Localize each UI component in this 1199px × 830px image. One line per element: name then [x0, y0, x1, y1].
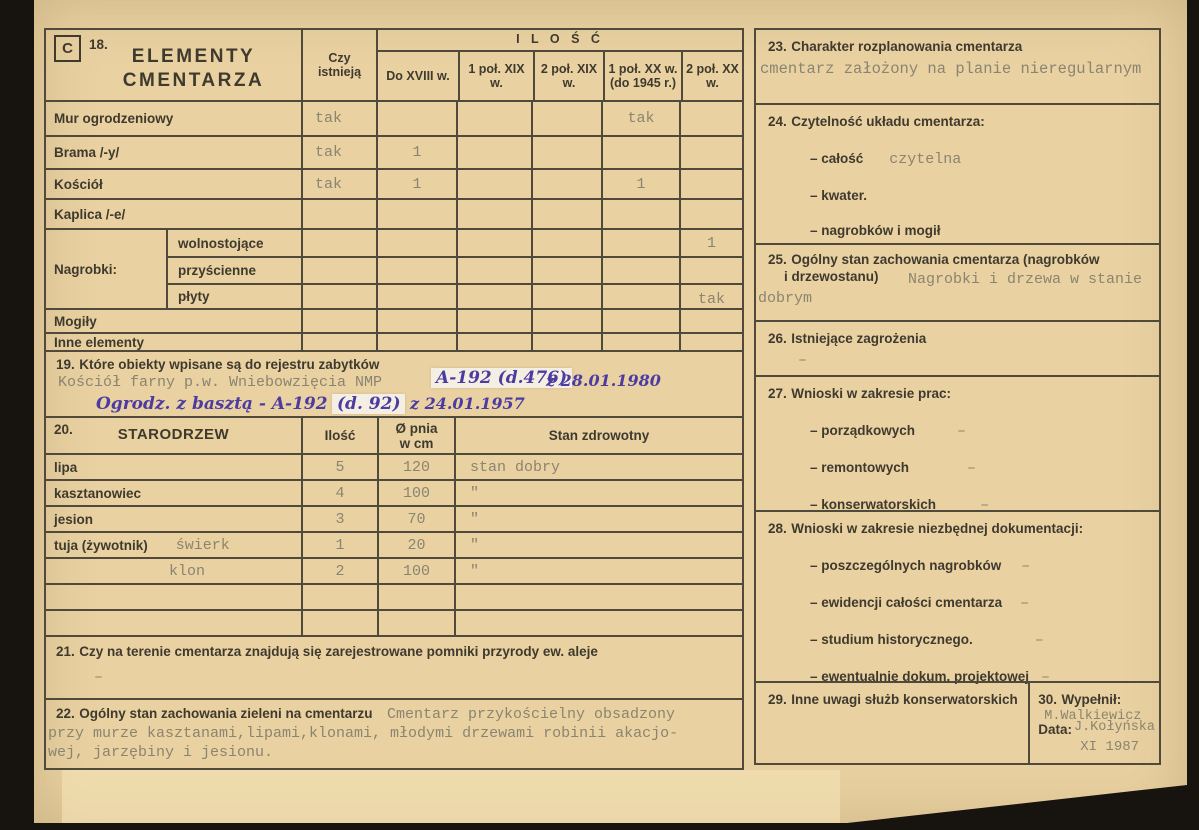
col-header-1h-20c: 1 poł. XX w. (do 1945 r.) [603, 52, 681, 100]
section-22-number: 22. [56, 706, 75, 721]
registry-date-2-handwritten: z 24.01.1957 [410, 394, 525, 413]
scan-corner-shadow [847, 785, 1187, 823]
section-22-greenery-condition: 22. Ogólny stan zachowania zieleni na cm… [44, 698, 744, 770]
section-25-number: 25. [768, 252, 787, 267]
row-label: Brama /-y/ [54, 145, 119, 160]
section-22-typed-line-2: przy murze kasztanami,lipami,klonami, mł… [48, 725, 742, 742]
row-label: Mur ogrodzeniowy [54, 111, 173, 126]
registry-typed-text: Kościół farny p.w. Wniebowzięcia NMP [58, 374, 382, 391]
section-27-work-recommendations: 27. Wnioski w zakresie prac: – porządkow… [754, 375, 1161, 512]
section-25-typed-line-1: Nagrobki i drzewa w stanie [908, 271, 1142, 288]
col-header-2h-20c: 2 poł. XX w. [681, 52, 742, 100]
section-26-label: Istniejące zagrożenia [791, 331, 926, 346]
section-23-typed-value: cmentarz założony na planie nieregularny… [760, 60, 1141, 78]
item-tidying: – porządkowych – [810, 423, 1149, 440]
qty-header-group: I L O Ś Ć Do XVIII w. 1 poł. XIX w. 2 po… [376, 30, 742, 100]
section-28-number: 28. [768, 521, 787, 536]
section-21-label: Czy na terenie cmentarza znajdują się za… [79, 644, 598, 659]
table-row-other-elements: Inne elementy [46, 332, 742, 350]
registry-line-2-start-handwritten: Ogrodz. z basztą - A-192 [96, 394, 328, 414]
qty-header: I L O Ś Ć [378, 30, 742, 50]
form-page: C 18. ELEMENTY CMENTARZA Czy istnieją I … [34, 0, 1187, 823]
section-18-cemetery-elements-table: C 18. ELEMENTY CMENTARZA Czy istnieją I … [44, 28, 744, 352]
item-individual-gravestones: – poszczególnych nagrobków – [810, 558, 1149, 575]
table-row-chapel: Kaplica /-e/ [46, 198, 742, 228]
section-24-number: 24. [768, 114, 787, 129]
section-28-documentation-recommendations: 28. Wnioski w zakresie niezbędnej dokume… [754, 510, 1161, 683]
title-line-2: CMENTARZA [96, 69, 291, 93]
section-24-layout-legibility: 24. Czytelność układu cmentarza: – całoś… [754, 103, 1161, 245]
subrow-wall-mounted: przyścienne [166, 256, 742, 283]
table-header-row: 20. STARODRZEW Ilość Ø pnia w cm Stan zd… [46, 418, 742, 453]
col-header-to-18c: Do XVIII w. [378, 52, 458, 100]
section-18-title: ELEMENTY CMENTARZA [96, 45, 291, 93]
row-label: Kaplica /-e/ [54, 207, 125, 222]
item-gravestones-and-graves: – nagrobków i mogił [810, 223, 1149, 238]
section-29-30-row: 29. Inne uwagi służb konserwatorskich 30… [754, 681, 1161, 765]
item-historical-study: – studium historycznego. – [810, 632, 1149, 649]
section-30-label: Wypełnił: [1061, 692, 1121, 707]
table-row-empty [46, 583, 742, 609]
section-26-typed-value: – [798, 352, 807, 369]
table-row-empty [46, 609, 742, 635]
row-label: Inne elementy [54, 335, 144, 350]
section-25-overall-condition: 25. Ogólny stan zachowania cmentarza (na… [754, 243, 1161, 322]
section-28-label: Wnioski w zakresie niezbędnej dokumentac… [791, 521, 1083, 536]
section-29-other-remarks: 29. Inne uwagi służb konserwatorskich [756, 683, 1028, 763]
row-label: Kościół [54, 177, 103, 192]
section-22-label: Ogólny stan zachowania zieleni na cmenta… [79, 706, 372, 721]
table-row-group-gravestones: Nagrobki: wolnostojące 1 przyścienne [46, 228, 742, 308]
col-header-2h-19c: 2 poł. XIX w. [533, 52, 603, 100]
table-row-gate: Brama /-y/ tak 1 [46, 135, 742, 168]
group-label: Nagrobki: [54, 262, 117, 277]
part-c-badge: C [54, 35, 81, 62]
section-19-registry-objects: 19. Które obiekty wpisane są do rejestru… [44, 350, 744, 418]
col-header-health: Stan zdrowotny [454, 418, 742, 453]
section-20-old-trees-table: 20. STARODRZEW Ilość Ø pnia w cm Stan zd… [44, 416, 744, 637]
subrow-slabs: płyty tak [166, 283, 742, 308]
section-18-number: 18. [89, 37, 108, 52]
row-label: Mogiły [54, 314, 97, 329]
section-29-number: 29. [768, 692, 787, 707]
registry-ref-2-handwritten: (d. 92) [332, 394, 405, 414]
section-20-title: STARODRZEW [46, 426, 301, 443]
table-row-wall: Mur ogrodzeniowy tak tak [46, 100, 742, 135]
section-21-number: 21. [56, 644, 75, 659]
col-header-exists: Czy istnieją [301, 30, 376, 100]
section-22-typed-line-1: Cmentarz przykościelny obsadzony [387, 706, 675, 723]
table-row-chestnut: kasztanowiec 4 100 " [46, 479, 742, 505]
col-header-1h-19c: 1 poł. XIX w. [458, 52, 533, 100]
section-27-number: 27. [768, 386, 787, 401]
section-21-typed-value: – [94, 669, 103, 686]
item-whole: – całość czytelna [810, 151, 1149, 168]
col-header-quantity: Ilość [301, 418, 377, 453]
filled-by-name-2: J.Kołyńska [1074, 720, 1155, 735]
section-24-label: Czytelność układu cmentarza: [791, 114, 985, 129]
registry-date-1-handwritten: z 28.01.1980 [546, 371, 661, 390]
section-25-label-line-1: Ogólny stan zachowania cmentarza (nagrob… [791, 252, 1099, 267]
item-repair: – remontowych – [810, 460, 1149, 477]
section-30-number: 30. [1038, 692, 1057, 707]
table-row-graves: Mogiły [46, 308, 742, 332]
section-25-typed-line-2: dobrym [758, 290, 812, 307]
table-row-maple: klon 2 100 " [46, 557, 742, 583]
title-line-1: ELEMENTY [96, 45, 291, 69]
date-label: Data: [1038, 722, 1072, 737]
table-row-church: Kościół tak 1 1 [46, 168, 742, 198]
section-20-number: 20. [54, 422, 73, 437]
table-row-thuja-spruce: tuja (żywotnik)świerk 1 20 " [46, 531, 742, 557]
col-header-trunk-diameter: Ø pnia w cm [377, 418, 454, 453]
exists-value: tak [315, 110, 342, 127]
item-quarters: – kwater. [810, 188, 1149, 203]
section-19-number: 19. [56, 357, 75, 372]
item-whole-cemetery-inventory: – ewidencji całości cmentarza – [810, 595, 1149, 612]
section-30-filled-by: 30. Wypełnił: M.Walkiewicz Data: J.Kołyń… [1028, 683, 1159, 763]
section-29-label: Inne uwagi służb konserwatorskich [791, 692, 1018, 707]
filled-date-value: XI 1987 [1080, 739, 1155, 755]
section-26-existing-threats: 26. Istniejące zagrożenia – [754, 320, 1161, 377]
section-23-number: 23. [768, 39, 787, 54]
subrow-freestanding: wolnostojące 1 [166, 230, 742, 256]
section-21-nature-monuments: 21. Czy na terenie cmentarza znajdują si… [44, 635, 744, 700]
part-c-letter: C [62, 40, 73, 57]
section-26-number: 26. [768, 331, 787, 346]
section-23-layout-character: 23. Charakter rozplanowania cmentarza cm… [754, 28, 1161, 105]
table-row-linden: lipa 5 120 stan dobry [46, 453, 742, 479]
section-18-title-cell: C 18. ELEMENTY CMENTARZA [46, 30, 301, 100]
section-23-label: Charakter rozplanowania cmentarza [791, 39, 1022, 54]
section-27-label: Wnioski w zakresie prac: [791, 386, 951, 401]
table-row-ash: jesion 3 70 " [46, 505, 742, 531]
section-19-label: Które obiekty wpisane są do rejestru zab… [79, 357, 379, 372]
tape-strip [62, 770, 840, 823]
registry-line-2: Ogrodz. z basztą - A-192 (d. 92) z 24.01… [96, 394, 525, 414]
section-22-typed-line-3: wej, jarzębiny i jesionu. [48, 744, 742, 761]
table-header-row: C 18. ELEMENTY CMENTARZA Czy istnieją I … [46, 30, 742, 100]
